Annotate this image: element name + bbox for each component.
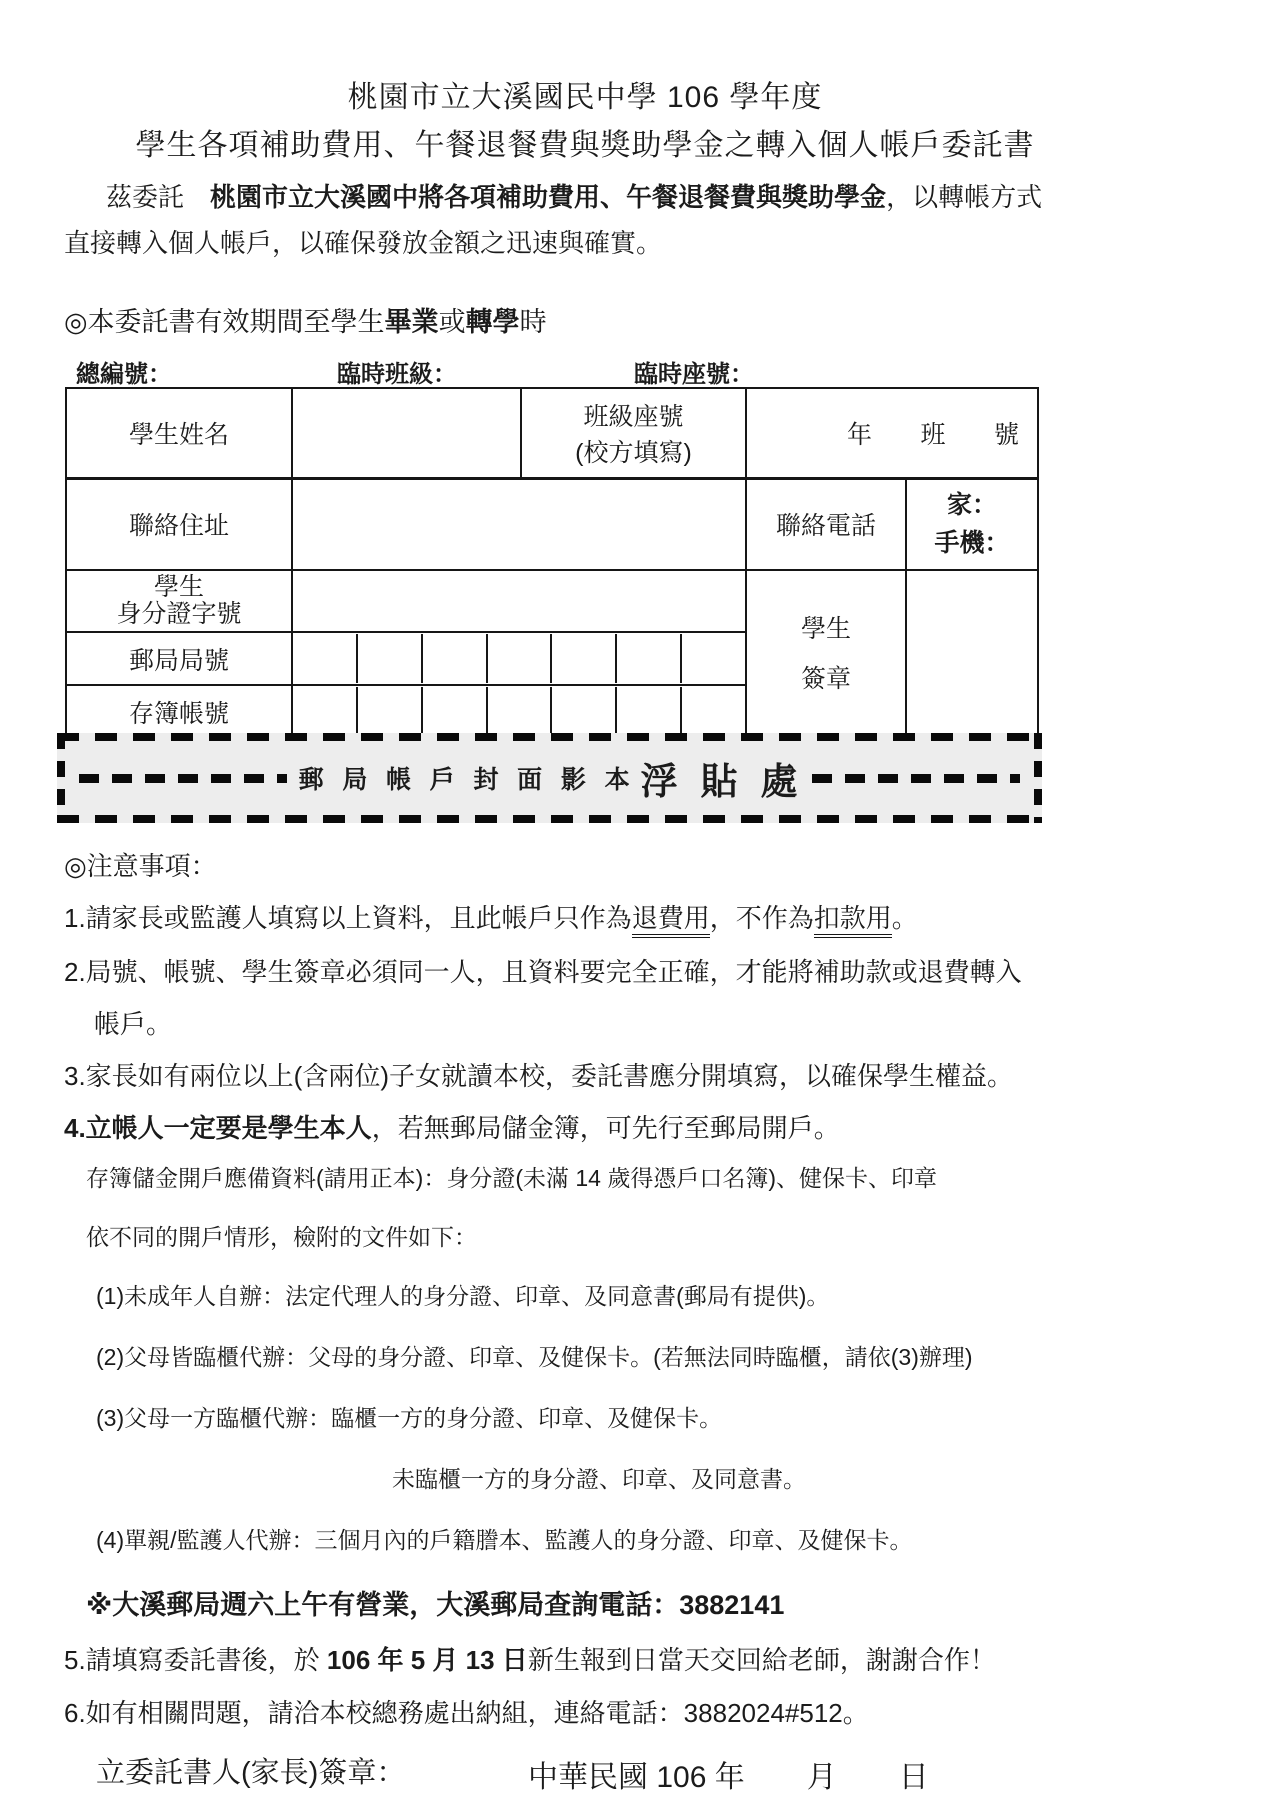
digit-cell — [358, 634, 423, 683]
student-name-label: 學生姓名 — [66, 388, 292, 478]
intro-paragraph: 茲委託 桃園市立大溪國中將各項補助費用、午餐退餐費與獎助學金，以轉帳方式 直接轉… — [64, 174, 1224, 266]
note4-bold: 4.立帳人一定要是學生本人 — [64, 1113, 372, 1143]
paste-area-caption: 郵 局 帳 戶 封 面 影 本 浮 貼 處 — [79, 751, 1020, 805]
class-seat-label: 班級座號 (校方填寫) — [521, 388, 746, 478]
validity-graduation: 畢業 — [385, 307, 439, 337]
digit-cell — [682, 634, 745, 683]
note-case-2: (2)父母皆臨櫃代辦：父母的身分證、印章、及健保卡。(若無法同時臨櫃，請依(3)… — [96, 1339, 1244, 1372]
validity-statement: ◎本委託書有效期間至學生畢業或轉學時 — [64, 300, 547, 339]
table-row: 聯絡住址 聯絡電話 家： 手機： — [66, 478, 1038, 570]
student-info-table: 學生姓名 班級座號 (校方填寫) 年 班 號 聯絡住址 聯絡電話 家： 手機： — [65, 387, 1039, 738]
footer-era-year: 中華民國 106 年 — [528, 1752, 745, 1796]
year-label: 年 — [847, 415, 872, 451]
note-item-6: 6.如有相關問題，請洽本校總務處出納組，連絡電話：3882024#512。 — [64, 1693, 1244, 1730]
note-case-3: (3)父母一方臨櫃代辦：臨櫃一方的身分證、印章、及健保卡。 — [96, 1400, 1244, 1433]
paste-area-border-right — [1034, 733, 1042, 823]
student-name-field — [292, 388, 521, 478]
validity-post: 時 — [520, 307, 547, 337]
student-signature-line2: 簽章 — [747, 654, 905, 704]
note-sub-required-documents: 存簿儲金開戶應備資料(請用正本)：身分證(未滿 14 歲得憑戶口名簿)、健保卡、… — [86, 1160, 1244, 1193]
note-item-2-line1: 2.局號、帳號、學生簽章必須同一人，且資料要完全正確，才能將補助款或退費轉入 — [64, 952, 1244, 989]
student-signature-field — [906, 570, 1038, 737]
note-case-3-continuation: 未臨櫃一方的身分證、印章、及同意書。 — [392, 1461, 1244, 1494]
class-seat-label-line1: 班級座號 — [522, 397, 745, 433]
phone-home-label: 家： — [907, 486, 1037, 524]
intro-tail: ，以轉帳方式 — [886, 182, 1042, 212]
intro-line1: 茲委託 桃園市立大溪國中將各項補助費用、午餐退餐費與獎助學金，以轉帳方式 — [64, 174, 1224, 220]
note-item-3: 3.家長如有兩位以上(含兩位)子女就讀本校，委託書應分開填寫，以確保學生權益。 — [64, 1056, 1244, 1093]
passbook-copy-paste-area: 郵 局 帳 戶 封 面 影 本 浮 貼 處 — [57, 733, 1042, 823]
validity-or: 或 — [439, 307, 466, 337]
class-seat-label-line2: (校方填寫) — [522, 433, 745, 469]
digit-cell — [552, 687, 617, 736]
note-case-4: (4)單親/監護人代辦：三個月內的戶籍謄本、監護人的身分證、印章、及健保卡。 — [96, 1522, 1244, 1555]
paste-area-border-bottom — [57, 815, 1042, 823]
phone-fields: 家： 手機： — [906, 478, 1038, 570]
note-post-office-hours: ※大溪郵局週六上午有營業，大溪郵局查詢電話：3882141 — [86, 1583, 1244, 1622]
note-case-1: (1)未成年人自辦：法定代理人的身分證、印章、及同意書(郵局有提供)。 — [96, 1278, 1244, 1311]
student-id-label-line1: 學生 — [67, 574, 291, 601]
number-label: 號 — [994, 415, 1019, 451]
note-item-4: 4.立帳人一定要是學生本人，若無郵局儲金簿，可先行至郵局開戶。 — [64, 1108, 1244, 1145]
digit-cell — [293, 634, 358, 683]
paste-area-border-left — [57, 733, 65, 823]
intro-mid: 將 — [418, 182, 444, 212]
intro-lead: 茲委託 — [106, 182, 210, 212]
student-id-label: 學生 身分證字號 — [66, 570, 292, 632]
form-title-line1: 桃園市立大溪國民中學 106 學年度 — [0, 72, 1170, 116]
footer-date-line: 中華民國 106 年 月 日 — [528, 1752, 929, 1796]
temp-seat-label: 臨時座號： — [634, 354, 754, 389]
note1-pre: 1.請家長或監護人填寫以上資料，且此帳戶只作為 — [64, 903, 632, 933]
student-id-field — [292, 570, 746, 632]
note5-pre: 5.請填寫委託書後，於 — [64, 1645, 327, 1675]
class-label: 班 — [920, 415, 945, 451]
intro-school-name: 桃園市立大溪國中 — [210, 182, 418, 212]
temp-class-label: 臨時班級： — [337, 354, 457, 389]
digit-cell — [293, 687, 358, 736]
consent-form-page: 桃園市立大溪國民中學 106 學年度 學生各項補助費用、午餐退餐費與獎助學金之轉… — [0, 0, 1280, 1811]
intro-line2: 直接轉入個人帳戶，以確保發放金額之迅速與確實。 — [64, 220, 1224, 266]
note-item-2-line2: 帳戶。 — [94, 1004, 1244, 1041]
year-class-number-field: 年 班 號 — [746, 388, 1038, 478]
table-row: 學生姓名 班級座號 (校方填寫) 年 班 號 — [66, 388, 1038, 478]
digit-cell — [488, 687, 553, 736]
dash-decoration — [79, 774, 287, 783]
paste-area-label-large: 浮 貼 處 — [641, 751, 803, 805]
note4-rest: ，若無郵局儲金簿，可先行至郵局開戶。 — [372, 1113, 840, 1143]
note1-post: 。 — [892, 903, 918, 933]
phone-mobile-label: 手機： — [907, 524, 1037, 562]
note1-mid: ，不作為 — [710, 903, 814, 933]
footer-day: 日 — [899, 1752, 929, 1796]
note1-deduct-underlined: 扣款用 — [814, 903, 892, 938]
student-signature-line1: 學生 — [747, 604, 905, 654]
form-title-line2: 學生各項補助費用、午餐退餐費與獎助學金之轉入個人帳戶委託書 — [0, 120, 1170, 164]
dash-decoration — [812, 774, 1020, 783]
notes-section: ◎注意事項： 1.請家長或監護人填寫以上資料，且此帳戶只作為退費用，不作為扣款用… — [64, 846, 1244, 1791]
table-row: 學生 身分證字號 學生 簽章 — [66, 570, 1038, 632]
digit-cell — [423, 687, 488, 736]
digit-cell — [358, 687, 423, 736]
notes-heading: ◎注意事項： — [64, 846, 1244, 883]
digit-cell — [488, 634, 553, 683]
note-item-5: 5.請填寫委託書後，於 106 年 5 月 13 日新生報到日當天交回給老師，謝… — [64, 1640, 1244, 1677]
footer-month: 月 — [807, 1752, 837, 1796]
intro-fee-types: 各項補助費用、午餐退餐費與獎助學金 — [444, 182, 886, 212]
address-field — [292, 478, 746, 570]
note1-refund-underlined: 退費用 — [632, 903, 710, 938]
phone-label: 聯絡電話 — [746, 478, 906, 570]
digit-cell — [617, 634, 682, 683]
note5-date-bold: 106 年 5 月 13 日 — [327, 1645, 528, 1675]
digit-cell — [552, 634, 617, 683]
student-id-label-line2: 身分證字號 — [67, 601, 291, 628]
post-office-branch-label: 郵局局號 — [66, 632, 292, 685]
passbook-account-label: 存簿帳號 — [66, 685, 292, 737]
validity-pre: ◎本委託書有效期間至學生 — [64, 307, 385, 337]
paste-area-border-top — [57, 733, 1042, 741]
note-item-1: 1.請家長或監護人填寫以上資料，且此帳戶只作為退費用，不作為扣款用。 — [64, 898, 1244, 935]
student-signature-label: 學生 簽章 — [746, 570, 906, 737]
paste-area-label: 郵 局 帳 戶 封 面 影 本 — [299, 760, 635, 796]
note-sub-case-intro: 依不同的開戶情形，檢附的文件如下： — [86, 1219, 1244, 1252]
address-label: 聯絡住址 — [66, 478, 292, 570]
serial-number-label: 總編號： — [76, 354, 172, 389]
digit-cell — [423, 634, 488, 683]
post-office-branch-digits — [292, 632, 746, 685]
passbook-account-digits — [292, 685, 746, 737]
digit-cell — [682, 687, 745, 736]
note5-post: 新生報到日當天交回給老師，謝謝合作！ — [528, 1645, 996, 1675]
digit-cell — [617, 687, 682, 736]
validity-transfer: 轉學 — [466, 307, 520, 337]
